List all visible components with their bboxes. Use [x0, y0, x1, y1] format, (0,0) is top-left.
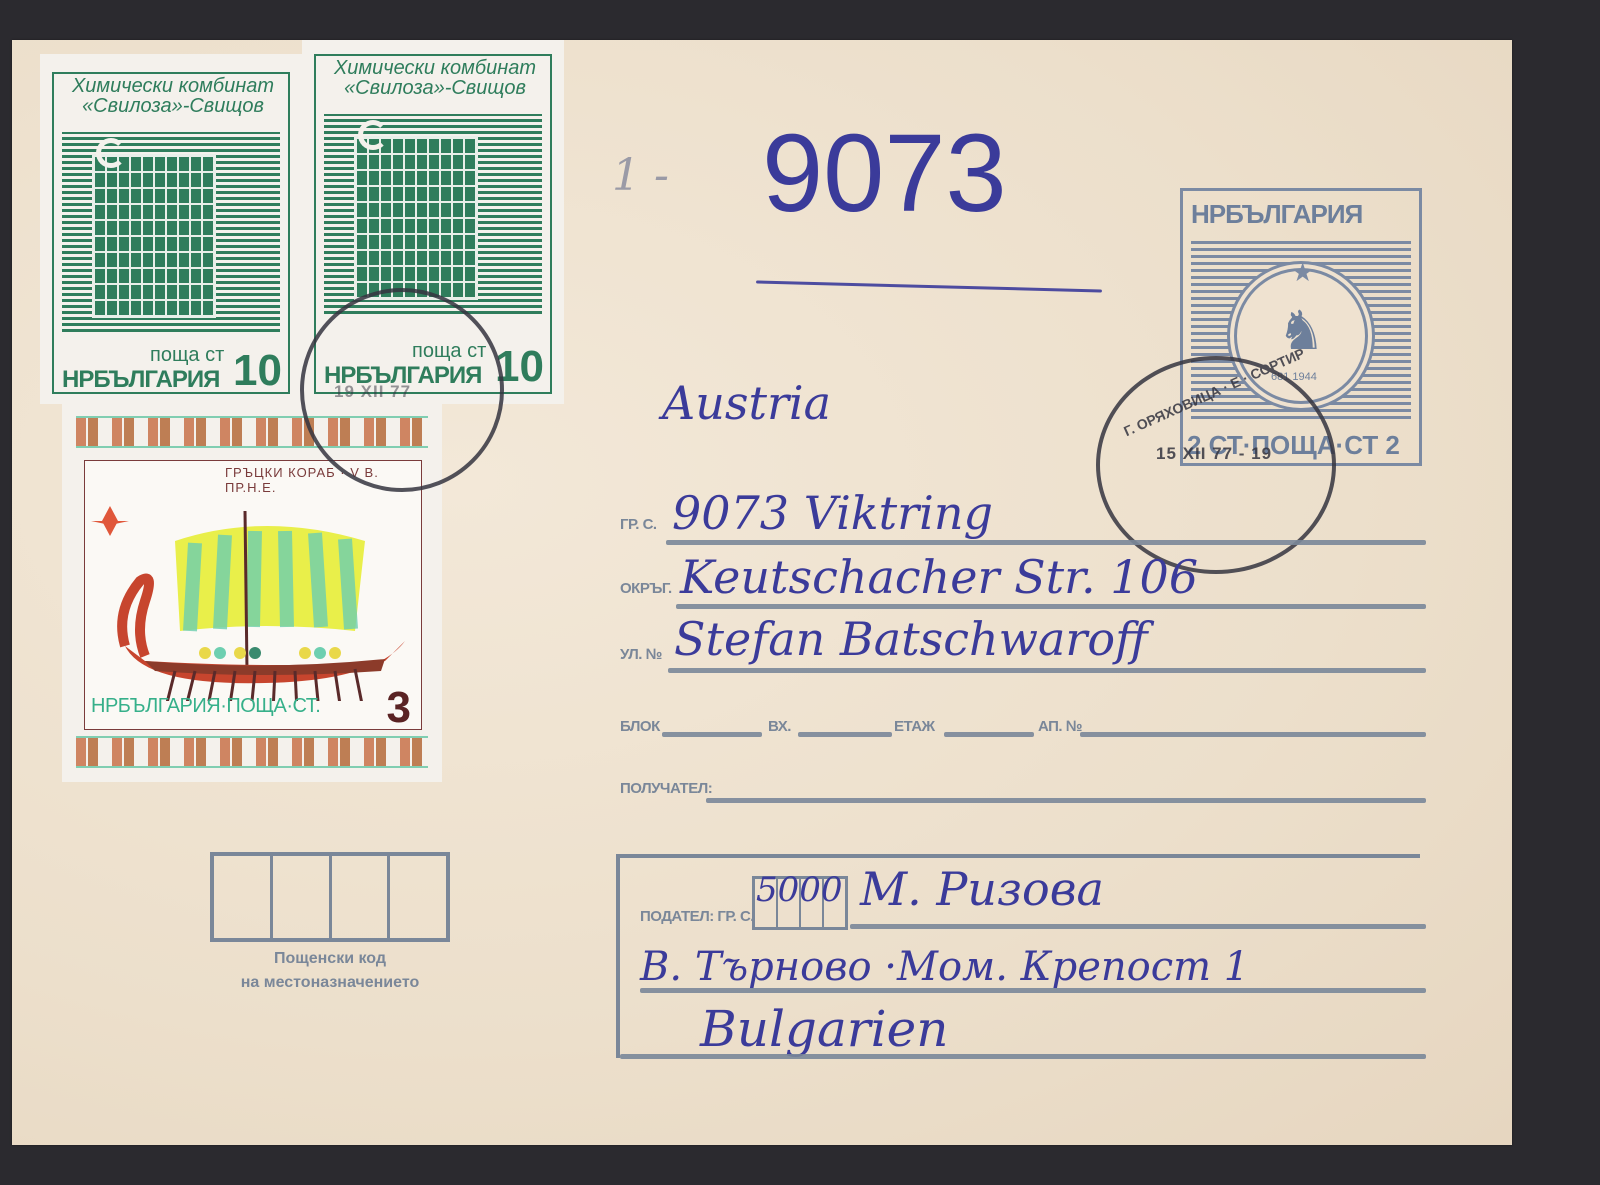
line-apt [1080, 732, 1426, 737]
recipient-name: Stefan Batschwaroff [674, 612, 1148, 666]
postmark-date: 15 XII 77 - 19 [1156, 444, 1272, 464]
label-recipient: ПОЛУЧАТЕЛ: [620, 780, 712, 797]
stamp-country: НРБЪЛГАРИЯ·ПОЩА·СТ. [91, 695, 320, 718]
sender-address: В. Търново ·Мом. Крепост 1 [640, 944, 1249, 990]
handwritten-code-large: 9073 [762, 110, 1007, 237]
label-block: БЛОК [620, 718, 660, 735]
postal-code-cell [332, 856, 391, 938]
stamp-svilosa-1: Химически комбинат«Свилоза»-Свищов поща … [40, 54, 302, 404]
postmark-date: 19 XII 77 [334, 382, 411, 402]
recipient-street: Keutschacher Str. 106 [680, 550, 1198, 604]
sender-postal-code: 5000 [756, 870, 843, 910]
stamp-country: НРБЪЛГАРИЯ [62, 366, 219, 394]
label-sender: ПОДАТЕЛ: ГР. С. [640, 908, 754, 925]
postmark-stamps: 19 XII 77 [300, 288, 504, 492]
postal-code-cell [390, 856, 446, 938]
label-entrance: ВХ. [768, 718, 791, 735]
postal-code-caption-1: Пощенски код [210, 950, 450, 968]
building-icon [354, 136, 478, 300]
label-floor: ЕТАЖ [894, 718, 935, 735]
line-sender-3 [620, 1054, 1426, 1059]
label-district: ОКРЪГ. [620, 580, 672, 597]
indicium-country: НРБЪЛГАРИЯ [1191, 199, 1362, 230]
line-recipient [706, 798, 1426, 803]
stamp-value: 3 [387, 683, 411, 733]
pencil-note: 1 - [612, 150, 669, 201]
stamp-title: Химически комбинат«Свилоза»-Свищов [320, 58, 550, 98]
line-sender-1 [850, 924, 1426, 929]
sender-name: M. Ризова [860, 862, 1104, 916]
postal-code-boxes [210, 852, 450, 942]
line-district [676, 604, 1426, 609]
line-entrance [798, 732, 892, 737]
postal-code-cell [214, 856, 273, 938]
ship-icon [85, 471, 421, 701]
line-floor [944, 732, 1034, 737]
svilosa-logo-icon [358, 120, 388, 150]
postal-code-cell [273, 856, 332, 938]
stamp-value: 10 [233, 346, 282, 396]
line-block [662, 732, 762, 737]
label-city: ГР. С. [620, 516, 657, 533]
stamp-inner-frame: ГРЪЦКИ КОРАБ · V В. ПР.Н.Е. НРБЪЛГАРИЯ·П… [84, 460, 422, 730]
stamp-title: Химически комбинат«Свилоза»-Свищов [58, 76, 288, 116]
destination-country: Austria [662, 376, 831, 430]
svilosa-logo-icon [96, 138, 126, 168]
building-icon [92, 154, 216, 318]
label-street: УЛ. № [620, 646, 662, 663]
sender-country: Bulgarien [700, 1000, 948, 1058]
recipient-zip-city: 9073 Viktring [672, 486, 993, 540]
line-city [666, 540, 1426, 545]
postal-code-caption-2: на местоназначението [200, 974, 460, 992]
ornament-band-bottom [76, 736, 428, 768]
line-street [668, 668, 1426, 673]
star-icon: ★ [1291, 257, 1314, 288]
line-sender-2 [640, 988, 1426, 993]
label-apt: АП. № [1038, 718, 1082, 735]
stamp-post-label: поща ст [150, 344, 224, 367]
